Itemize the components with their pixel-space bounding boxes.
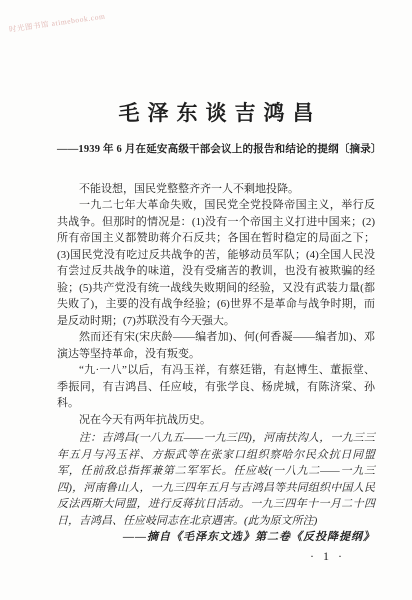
body-paragraph: 不能设想，国民党整整齐齐一人不剩地投降。 xyxy=(57,181,375,198)
body-paragraph: 然而还有宋(宋庆龄——编者加)、何(何香凝——编者加)、邓演达等坚持革命，没有叛… xyxy=(57,329,375,362)
article-subtitle: ——1939 年 6 月在延安高级干部会议上的报告和结论的提纲〔摘录〕 xyxy=(57,143,375,157)
article-body: 不能设想，国民党整整齐齐一人不剩地投降。一九二七年大革命失败，国民党全党投降帝国… xyxy=(57,181,375,429)
body-paragraph: 一九二七年大革命失败，国民党全党投降帝国主义，举行反共战争。但那时的情况是：(1… xyxy=(57,197,375,329)
page-number: · 1 · xyxy=(57,548,375,564)
body-paragraph: “九·一八”以后，有冯玉祥，有蔡廷锴，有赵博生、董振堂、季振同，有吉鸿昌、任应岐… xyxy=(57,362,375,412)
scanned-document-page: 时光图书馆 atimebook.com 毛泽东谈吉鸿昌 ——1939 年 6 月… xyxy=(0,0,412,600)
library-watermark: 时光图书馆 atimebook.com xyxy=(8,11,106,35)
page-content: 毛泽东谈吉鸿昌 ——1939 年 6 月在延安高级干部会议上的报告和结论的提纲〔… xyxy=(57,101,375,564)
source-attribution: ——摘自《毛泽东文选》第二卷《反投降提纲》 xyxy=(57,529,375,546)
body-paragraph: 况在今天有两年抗战历史。 xyxy=(57,412,375,429)
article-title: 毛泽东谈吉鸿昌 xyxy=(57,101,375,126)
editor-note: 注：吉鸿昌(一八九五——一九三四)，河南扶沟人，一九三三年五月与冯玉祥、方振武等… xyxy=(57,430,375,529)
